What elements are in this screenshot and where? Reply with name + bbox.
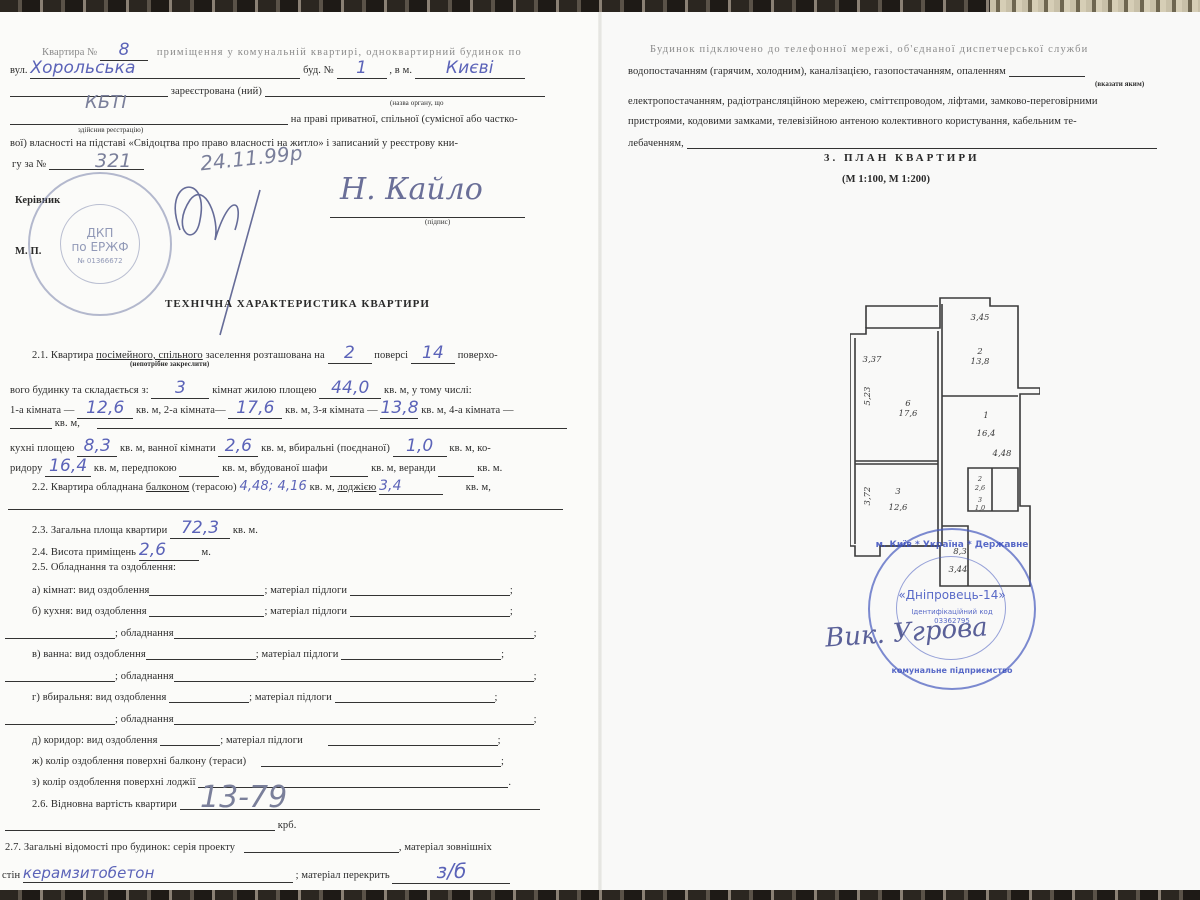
finish-wc-end: ; — [495, 692, 498, 703]
room4-line: кв. м, — [10, 416, 567, 429]
rooms-count: 3 — [151, 378, 209, 399]
finish-kitchen-equip-label: ; обладнання — [115, 628, 174, 639]
building-number: 1 — [337, 58, 387, 79]
finish-corridor-label: д) коридор: вид оздоблення — [32, 735, 158, 746]
city-value: Києві — [415, 58, 525, 79]
p21-label: 2.1. Квартира — [32, 350, 93, 361]
finish-rooms-floor: ; матеріал підлоги — [264, 585, 347, 596]
finish-rooms-end: ; — [510, 585, 513, 596]
left-stamp-line2: по ЕРЖФ — [30, 240, 170, 254]
p27-line2: стін керамзитобетон ; матеріал перекрить… — [2, 859, 510, 884]
registering-organ-handwritten: КБТІ — [85, 92, 127, 113]
floors-total: 14 — [411, 343, 455, 364]
corridor-label: ридору — [10, 463, 42, 474]
walls-label: стін — [2, 870, 20, 881]
plan-bath-no: 2 — [977, 475, 982, 483]
finish-row-balcony: ж) колір оздоблення поверхні балкону (те… — [32, 754, 504, 767]
p21-located: заселення розташована на — [206, 350, 325, 361]
floor-value: 2 — [328, 343, 372, 364]
right-stamp-ring-top: м. Київ * Україна * Державне — [870, 540, 1034, 550]
left-stamp-line1: ДКП — [30, 226, 170, 240]
finish-wc-equip-end: ; — [534, 714, 537, 725]
p23-line: 2.3. Загальна площа квартири 72,3 кв. м. — [32, 518, 258, 539]
finish-row-bath-equip: ; обладнання; — [5, 669, 537, 682]
ceiling-material: з/б — [392, 859, 510, 884]
finish-balcony-end: ; — [501, 756, 504, 767]
plan-scale: (М 1:100, М 1:200) — [842, 174, 930, 185]
finish-wc-equip-label: ; обладнання — [115, 714, 174, 725]
p22-balcony: балконом — [146, 482, 189, 493]
finish-corridor-end: ; — [498, 735, 501, 746]
finish-rooms-label: а) кімнат: вид оздоблення — [32, 585, 149, 596]
kitchen-label: кухні площею — [10, 443, 75, 454]
register-label: гу за № — [12, 159, 46, 170]
bath-area: 2,6 — [218, 436, 258, 457]
organ-note-2: здійснив реєстрацію) — [78, 126, 143, 134]
city-label: , в м. — [389, 65, 412, 76]
finish-bath-equip-label: ; обладнання — [115, 671, 174, 682]
plan-left-dim2: 3,72 — [863, 487, 873, 506]
loggia-area: 3,4 — [379, 478, 443, 495]
veranda-label: кв. м, веранди — [371, 463, 436, 474]
plan-room2-area: 13,8 — [971, 357, 991, 367]
plan-room6-dim: 3,37 — [863, 355, 883, 365]
plan-room2-no: 2 — [976, 347, 982, 357]
p24-line: 2.4. Висота приміщень 2,6 м. — [32, 540, 211, 561]
wc-tail: кв. м, ко- — [449, 443, 491, 454]
plan-wc-no: 3 — [978, 496, 982, 504]
services-intro: Будинок підключено до телефонної мережі,… — [650, 44, 1088, 55]
signature-head: Н. Кайло — [340, 172, 483, 207]
plan-bath-area: 2,6 — [974, 484, 985, 492]
finish-loggia-end: . — [508, 777, 511, 788]
p26-line2: крб. — [5, 818, 296, 831]
apartment-label: Квартира № — [42, 47, 97, 58]
building-label: буд. № — [303, 65, 334, 76]
restore-value: 13-79 — [200, 780, 287, 815]
closet-label: кв. м, вбудованої шафи — [222, 463, 327, 474]
p23-tail: кв. м. — [233, 525, 258, 536]
electric-text: електропостачанням, радіотрансляційною м… — [628, 96, 1098, 107]
p21-storey: поверхо- — [458, 350, 498, 361]
street-value: Хорольська — [30, 58, 300, 79]
p21-line1: 2.1. Квартира посімейного, спільного зас… — [32, 343, 498, 364]
plan-left-dim: 5,23 — [863, 387, 873, 406]
finish-row-kitchen-equip: ; обладнання; — [5, 626, 537, 639]
strike-note: (непотрібне закреслити) — [130, 360, 209, 368]
p21-consists: вого будинку та складається з: — [10, 385, 149, 396]
left-stamp-line3: № 01366672 — [30, 254, 170, 268]
ceiling-height: 2,6 — [139, 540, 199, 561]
wc-label: кв. м, вбиральні (поєднаної) — [261, 443, 390, 454]
p25-label: 2.5. Обладнання та оздоблення: — [32, 562, 176, 573]
water-text: водопостачанням (гарячим, холодним), кан… — [628, 66, 1006, 77]
corridor-area: 16,4 — [45, 456, 91, 477]
finish-bath-end: ; — [501, 649, 504, 660]
scan-border-corner — [990, 0, 1200, 12]
plan-wc-area: 1,0 — [975, 504, 985, 512]
finish-row-bath: в) ванна: вид оздоблення; матеріал підло… — [32, 647, 504, 660]
plan-room3-no: 3 — [895, 487, 900, 497]
street-label: вул. — [10, 65, 28, 76]
p21-living-label: кімнат жилою площею — [212, 385, 316, 396]
room3-label: кв. м, 3-я кімната — — [285, 405, 378, 416]
p22-unit: кв. м, — [310, 482, 335, 493]
plan-title: 3. ПЛАН КВАРТИРИ — [824, 152, 980, 164]
plan-room1-area: 16,4 — [977, 429, 996, 439]
rights-line: на праві приватної, спільної (сумісної а… — [10, 112, 518, 125]
ceiling-label: ; матеріал перекрить — [296, 870, 390, 881]
finish-kitchen-end: ; — [510, 606, 513, 617]
street-line: вул. Хорольська буд. № 1 , в м. Києві — [10, 58, 525, 79]
veranda-tail: кв. м. — [477, 463, 502, 474]
finish-bath-floor: ; матеріал підлоги — [256, 649, 339, 660]
p27-label: 2.7. Загальні відомості про будинок: сер… — [5, 842, 235, 853]
plan-room1-no: 1 — [983, 411, 988, 421]
plan-dim-448: 4,48 — [992, 449, 1013, 459]
finish-corridor-floor: ; матеріал підлоги — [220, 735, 303, 746]
p22-terrace: (терасою) — [192, 482, 237, 493]
finish-kitchen-label: б) кухня: вид оздоблення — [32, 606, 147, 617]
room4-label: кв. м, 4-а кімната — — [421, 405, 513, 416]
plan-dim-top: 3,45 — [971, 313, 990, 323]
p22-label: 2.2. Квартира обладнана — [32, 482, 143, 493]
finish-kitchen-floor: ; матеріал підлоги — [264, 606, 347, 617]
p23-label: 2.3. Загальна площа квартири — [32, 525, 167, 536]
finish-wc-label: г) вбиральня: вид оздоблення — [32, 692, 166, 703]
plan-room6-no: 6 — [905, 399, 911, 409]
finish-row-wc: г) вбиральня: вид оздоблення ; матеріал … — [32, 690, 498, 703]
wc-area: 1,0 — [393, 436, 447, 457]
finish-loggia-label: з) колір оздоблення поверхні лоджії — [32, 777, 196, 788]
scan-border-bottom — [0, 890, 1200, 900]
register-number: 321 — [95, 150, 132, 172]
hall-label: кв. м, передпокою — [94, 463, 177, 474]
balcony-area: 4,48; 4,16 — [239, 479, 306, 494]
organ-note: (назва органу, що — [390, 99, 444, 107]
p22-tail: кв. м, — [466, 482, 491, 493]
total-area: 72,3 — [170, 518, 230, 539]
right-stamp: м. Київ * Україна * Державне «Дніпровець… — [868, 528, 1036, 690]
plan-room3-area: 12,6 — [889, 503, 909, 513]
finish-bath-label: в) ванна: вид оздоблення — [32, 649, 146, 660]
finish-wc-floor: ; матеріал підлоги — [249, 692, 332, 703]
p26-currency: крб. — [278, 820, 297, 831]
kitchen-area: 8,3 — [77, 436, 117, 457]
water-line: водопостачанням (гарячим, холодним), кан… — [628, 64, 1085, 77]
living-area: 44,0 — [319, 378, 381, 399]
section2-title: ТЕХНІЧНА ХАРАКТЕРИСТИКА КВАРТИРИ — [165, 298, 430, 310]
p21-line2: вого будинку та складається з: 3 кімнат … — [10, 378, 472, 399]
finish-row-corridor: д) коридор: вид оздоблення ; матеріал пі… — [32, 733, 501, 746]
devices-text: пристроями, кодовими замками, телевізійн… — [628, 116, 1077, 127]
bath-label: кв. м, ванної кімнати — [120, 443, 216, 454]
finish-kitchen-equip-end: ; — [534, 628, 537, 639]
p27-line: 2.7. Загальні відомості про будинок: сер… — [5, 840, 492, 853]
p24-tail: м. — [202, 547, 211, 558]
p26-label: 2.6. Відновна вартість квартири — [32, 799, 177, 810]
room2-label: кв. м, 2-а кімната— — [136, 405, 226, 416]
intro-text: приміщення у комунальній квартирі, однок… — [157, 47, 522, 58]
right-stamp-ring-bottom: комунальне підприємство — [870, 666, 1034, 675]
tv-line: лебаченням, — [628, 136, 1157, 149]
p24-label: 2.4. Висота приміщень — [32, 547, 136, 558]
p27-walls-label: , матеріал зовнішніх — [399, 842, 492, 853]
finish-row-rooms: а) кімнат: вид оздоблення; матеріал підл… — [32, 583, 513, 596]
page-fold — [598, 12, 602, 890]
plan-room6-area: 17,6 — [899, 409, 919, 419]
p22-line: 2.2. Квартира обладнана балконом (терасо… — [32, 478, 491, 495]
kitchen-line: кухні площею 8,3 кв. м, ванної кімнати 2… — [10, 436, 491, 457]
room1-label: 1-а кімната — — [10, 405, 75, 416]
tv-text: лебаченням, — [628, 138, 684, 149]
walls-material: керамзитобетон — [23, 864, 293, 883]
signature-note: (підпис) — [425, 218, 450, 226]
finish-balcony-label: ж) колір оздоблення поверхні балкону (те… — [32, 756, 246, 767]
water-note: (вказати яким) — [1095, 80, 1144, 88]
corridor-line: ридору 16,4 кв. м, передпокою кв. м, вбу… — [10, 456, 502, 477]
finish-row-wc-equip: ; обладнання; — [5, 712, 537, 725]
finish-bath-equip-end: ; — [534, 671, 537, 682]
finish-row-kitchen: б) кухня: вид оздоблення ; матеріал підл… — [32, 604, 513, 617]
right-stamp-center: «Дніпровець-14» — [870, 588, 1034, 602]
registered-label: зареєстрована (ний) — [171, 86, 262, 97]
room4-unit: кв. м, — [55, 418, 80, 429]
p21-floor-label: поверсі — [374, 350, 408, 361]
signature-scribble-icon — [150, 160, 290, 340]
p21-including: кв. м, у тому числі: — [384, 385, 472, 396]
rights-text: на праві приватної, спільної (сумісної а… — [291, 114, 518, 125]
loggia-label: лоджією — [338, 482, 377, 493]
